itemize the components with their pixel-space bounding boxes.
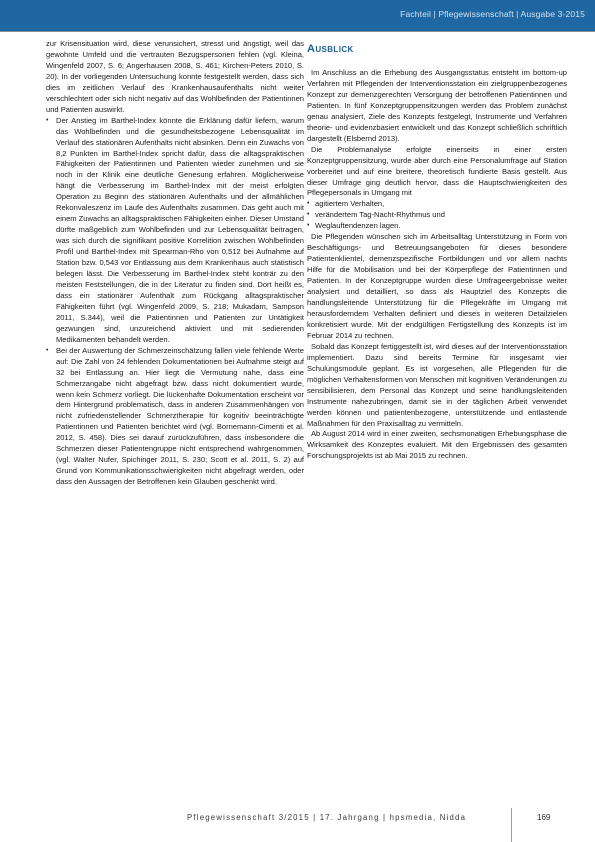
difficulty-item: agitiertem Verhalten, <box>307 199 567 210</box>
paragraph-problem-analysis: Die Problemanalyse erfolgte einerseits i… <box>307 145 567 200</box>
findings-bullet-list: Der Anstieg im Barthel-Index könnte die … <box>46 116 304 488</box>
bullet-barthel-index: Der Anstieg im Barthel-Index könnte die … <box>46 116 304 346</box>
running-header-title: Fachteil | Pflegewissenschaft | Ausgabe … <box>400 9 585 19</box>
paragraph-implementation: Sobald das Konzept fertiggestellt ist, w… <box>307 342 567 430</box>
difficulty-item: verändertem Tag-Nacht-Rhythmus und <box>307 210 567 221</box>
intro-paragraph: zur Krisensituation wird, diese verunsic… <box>46 39 304 116</box>
section-heading-ausblick: Ausblick <box>307 42 567 56</box>
paragraph-wishes: Die Pflegenden wünschen sich im Arbeitsa… <box>307 232 567 342</box>
difficulties-list: agitiertem Verhalten, verändertem Tag-Na… <box>307 199 567 232</box>
bullet-pain-assessment: Bei der Auswertung der Schmerzeinschätzu… <box>46 346 304 488</box>
paragraph-concept: Im Anschluss an die Erhebung des Ausgang… <box>307 68 567 145</box>
footer-divider <box>511 808 512 842</box>
right-column: Ausblick Im Anschluss an die Erhebung de… <box>307 42 567 462</box>
difficulty-item: Weglauftendenzen lagen. <box>307 221 567 232</box>
running-header-bar: Fachteil | Pflegewissenschaft | Ausgabe … <box>0 0 595 32</box>
footer-citation: Pflegewissenschaft 3/2015 | 17. Jahrgang… <box>187 813 466 822</box>
paragraph-evaluation: Ab August 2014 wird in einer zweiten, se… <box>307 429 567 462</box>
left-column: zur Krisensituation wird, diese verunsic… <box>46 39 304 488</box>
page-number: 169 <box>537 813 550 822</box>
